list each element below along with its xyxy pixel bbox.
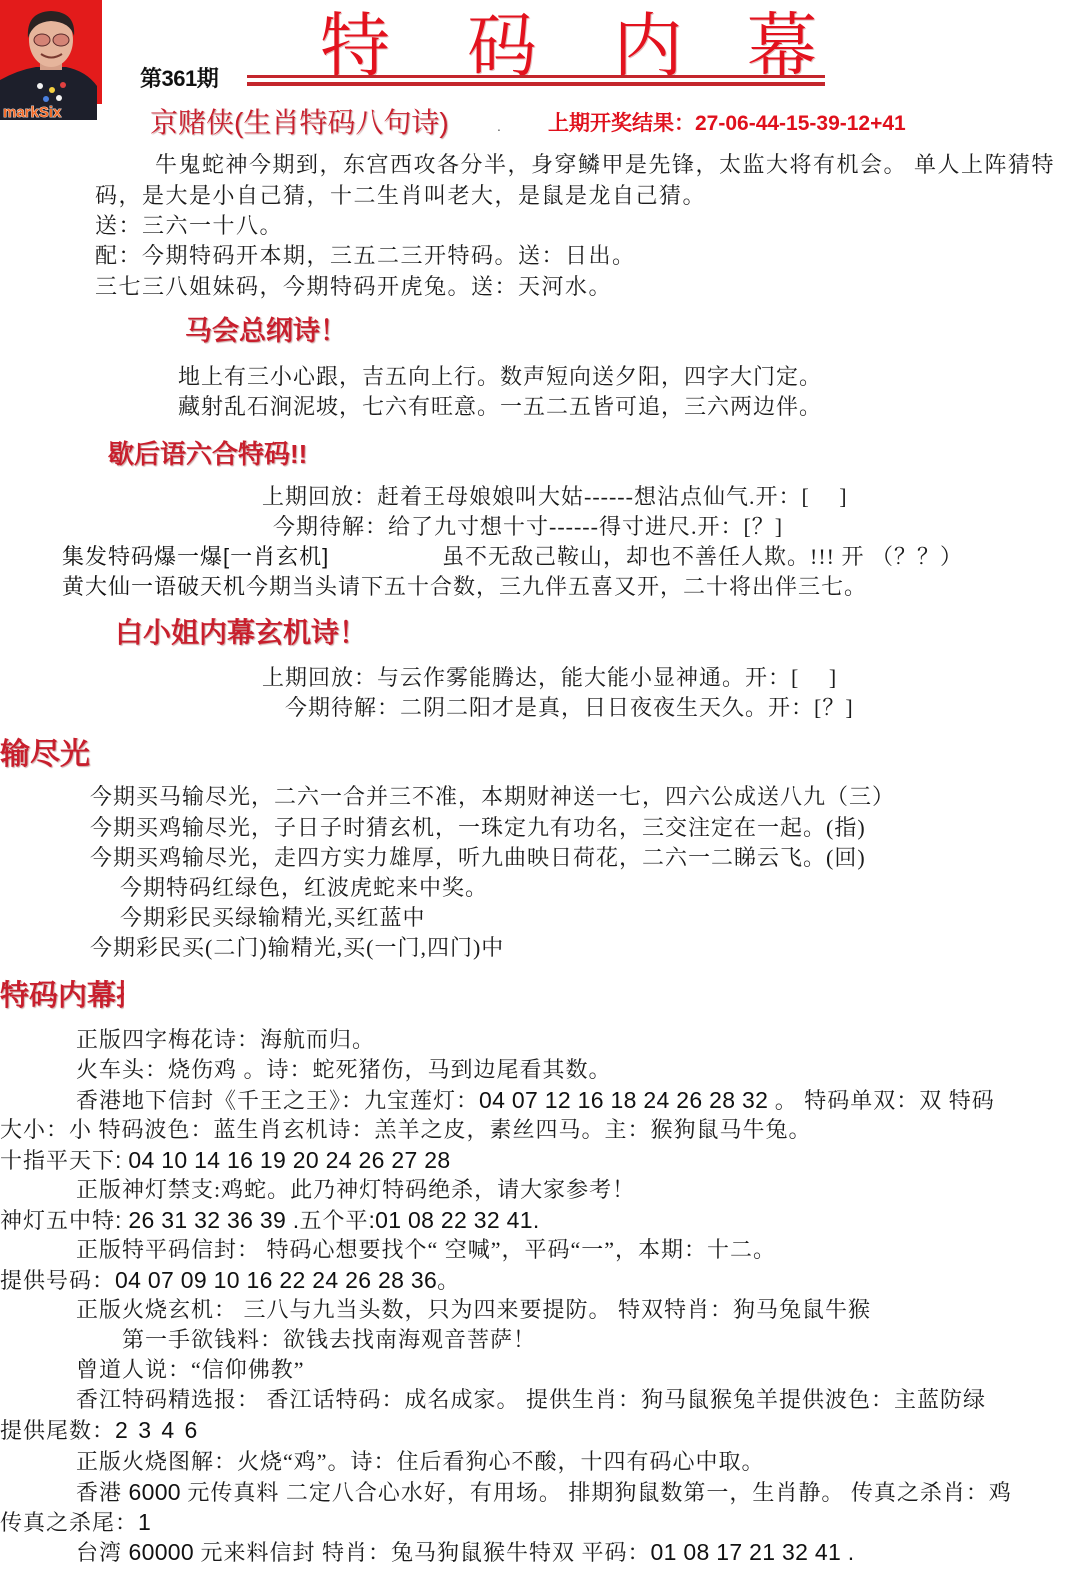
info-line: 台湾 60000 元来料信封 特肖：兔马狗鼠猴牛特双 平码：01 08 17 2…	[76, 1537, 854, 1568]
info-line: 传真之杀尾：1	[0, 1507, 151, 1538]
tip-line: 今期买马输尽光，二六一合并三不准，本期财神送一七，四六公成送八九（三）	[90, 782, 895, 812]
number-list: :01 08 22 32 41.	[368, 1207, 539, 1233]
poem-line: 配：今期特码开本期，三五二三开特码。送：日出。	[95, 241, 636, 271]
info-line: 正版神灯禁支:鸡蛇。此乃神灯特码绝杀，请大家参考！	[76, 1175, 635, 1205]
current-period-riddle: 今期待解：二阴二阳才是真，日日夜夜生天久。开：[？]	[285, 693, 854, 723]
last-period-review: 上期回放：赶着王母娘娘叫大姑------想沾点仙气.开：[ ]	[262, 482, 848, 512]
text: 。 特码单双：双 特码	[768, 1088, 995, 1113]
info-line: 香江特码精选报： 香江话特码：成名成家。 提供生肖：狗马鼠猴兔羊提供波色：主蓝防…	[76, 1385, 986, 1415]
logo-text: markSix	[3, 104, 62, 120]
label: 提供尾数：	[0, 1418, 115, 1443]
section-heading-jingduxia: 京赌侠(生肖特码八句诗)	[150, 106, 449, 140]
title-char: 幕	[747, 6, 817, 86]
info-line: 香港 6000 元传真料 二定八合心水好，有用场。 排期狗鼠数第一，生肖静。 传…	[76, 1477, 1012, 1508]
title-char: 特	[320, 6, 390, 86]
number-list: 04 07 09 10 16 22 24 26 28 36	[115, 1267, 437, 1293]
jifa-label: 集发特码爆一爆[一肖玄机]	[62, 542, 329, 572]
label: 香港地下信封《千王之王》：九宝莲灯：	[76, 1088, 479, 1113]
huangdaxian-label: 黄大仙一语破天机	[62, 574, 246, 599]
info-line: 神灯五中特: 26 31 32 36 39 .五个平:01 08 22 32 4…	[0, 1205, 540, 1236]
info-line: 提供尾数：2 3 4 6	[0, 1415, 199, 1446]
title-char: 内	[613, 6, 683, 86]
amount: 6000	[129, 1479, 181, 1505]
huangdaxian-line: 黄大仙一语破天机今期当头请下五十合数，三九伴五喜又开，二十将出伴三七。	[62, 572, 867, 602]
section-heading-baixiaojie: 白小姐内幕玄机诗！	[115, 616, 367, 650]
amount: 60000	[129, 1539, 194, 1565]
jifa-text: 虽不无敌己鞍山，却也不善任人欺。!!! 开 （？？）	[442, 542, 963, 572]
last-period-review: 上期回放：与云作雾能腾达，能大能小显神通。开：[ ]	[262, 663, 837, 693]
info-line: 曾道人说：“信仰佛教”	[76, 1355, 305, 1385]
heading-mark: .	[497, 118, 501, 134]
avatar-logo: markSix	[0, 0, 102, 120]
poem-line: 牛鬼蛇神今期到，东宫西攻各分半，身穿鳞甲是先锋，太监大将有机会。 单人上阵猜特	[155, 150, 1055, 180]
number-list: 04 07 12 16 18 24 26 28 32	[479, 1087, 768, 1113]
label: 香港	[76, 1480, 129, 1505]
info-line: 正版火烧图解：火烧“鸡”。诗：住后看狗心不酸，十四有码心中取。	[76, 1447, 765, 1477]
poem-line: 地上有三小心跟，吉五向上行。数声短向送夕阳，四字大门定。	[178, 362, 822, 392]
newsletter-page: markSix 第361期 特 码 内 幕 京赌侠(生肖特码八句诗) . 上期开…	[0, 0, 1068, 1575]
section-heading-xiehouyu: 歇后语六合特码!!	[108, 437, 307, 471]
label: 神灯五中特	[0, 1208, 115, 1233]
label: 台湾	[76, 1540, 129, 1565]
section-heading-mahui: 马会总纲诗！	[185, 314, 347, 348]
section-heading-temaneimu: 特码内幕揭	[0, 979, 124, 1013]
info-line: 正版特平码信封： 特码心想要找个“ 空喊”，平码“一”，本期：十二。	[76, 1235, 776, 1265]
info-line: 大小：小 特码波色：蓝生肖玄机诗：羔羊之皮，素丝四马。主：猴狗鼠马牛兔。	[0, 1115, 812, 1145]
info-line: 正版火烧玄机： 三八与九当头数，只为四来要提防。 特双特肖：狗马兔鼠牛猴	[76, 1295, 871, 1325]
info-line: 香港地下信封《千王之王》：九宝莲灯：04 07 12 16 18 24 26 2…	[76, 1085, 995, 1116]
poem-line: 码，是大是小自己猜，十二生肖叫老大，是鼠是龙自己猜。	[95, 181, 706, 211]
info-line: 提供号码：04 07 09 10 16 22 24 26 28 36。	[0, 1265, 460, 1296]
number-list: : 04 10 14 16 19 20 24 26 27 28	[115, 1147, 450, 1173]
tip-line: 今期买鸡输尽光，子日子时猜玄机，一珠定九有功名，三交注定在一起。(指)	[90, 813, 866, 843]
label: 传真之杀尾：	[0, 1510, 138, 1535]
issue-number: 第361期	[140, 64, 218, 94]
poem-line: 藏射乱石涧泥坡，七六有旺意。一五二五皆可追，三六两边伴。	[178, 392, 822, 422]
tip-line: 今期彩民买绿输精光,买红蓝中	[120, 903, 426, 933]
title-rule-top	[247, 75, 825, 78]
huangdaxian-text: 今期当头请下五十合数，三九伴五喜又开，二十将出伴三七。	[246, 574, 867, 599]
tip-line: 今期特码红绿色，红波虎蛇来中奖。	[120, 873, 488, 903]
label: 五个平	[299, 1208, 368, 1233]
number-list: : 26 31 32 36 39 .	[115, 1207, 299, 1233]
label: 十指平天下	[0, 1148, 115, 1173]
tip-line: 今期买鸡输尽光，走四方实力雄厚，听九曲映日荷花，二六一二睇云飞。(回)	[90, 843, 866, 873]
number-list: 1	[138, 1509, 151, 1535]
label: 提供号码：	[0, 1268, 115, 1293]
text: 元传真料 二定八合心水好，有用场。 排期狗鼠数第一，生肖静。 传真之杀肖：鸡	[181, 1480, 1012, 1505]
info-line: 正版四字梅花诗：海航而归。	[76, 1025, 375, 1055]
heading-text: 特码内幕	[0, 980, 116, 1012]
title-rule-bottom	[247, 82, 825, 86]
last-result: 上期开奖结果：27-06-44-15-39-12+41	[548, 110, 906, 138]
section-heading-shujinguang: 输尽光	[0, 738, 90, 772]
tip-line: 今期彩民买(二门)输精光,买(一门,四门)中	[90, 933, 504, 963]
last-result-value: 27-06-44-15-39-12+41	[695, 112, 906, 135]
info-line: 十指平天下: 04 10 14 16 19 20 24 26 27 28	[0, 1145, 450, 1176]
info-line: 第一手欲钱料：欲钱去找南海观音菩萨！	[122, 1325, 536, 1355]
info-line: 火车头：烧伤鸡 。诗：蛇死猪伤，马到边尾看其数。	[76, 1055, 612, 1085]
last-result-label: 上期开奖结果：	[548, 112, 695, 135]
poem-line: 送：三六一十八。	[95, 211, 283, 241]
poem-line: 三七三八姐妹码，今期特码开虎兔。送：天河水。	[95, 272, 612, 302]
heading-clipped-char: 揭	[116, 979, 124, 1013]
text: 。	[437, 1268, 460, 1293]
title-char: 码	[467, 6, 537, 86]
current-period-riddle: 今期待解：给了九寸想十寸------得寸进尺.开：[？]	[273, 512, 783, 542]
text: 元来料信封 特肖：兔马狗鼠猴牛特双 平码：	[194, 1540, 651, 1565]
number-list: 01 08 17 21 32 41 .	[651, 1539, 855, 1565]
number-list: 2 3 4 6	[115, 1417, 199, 1443]
